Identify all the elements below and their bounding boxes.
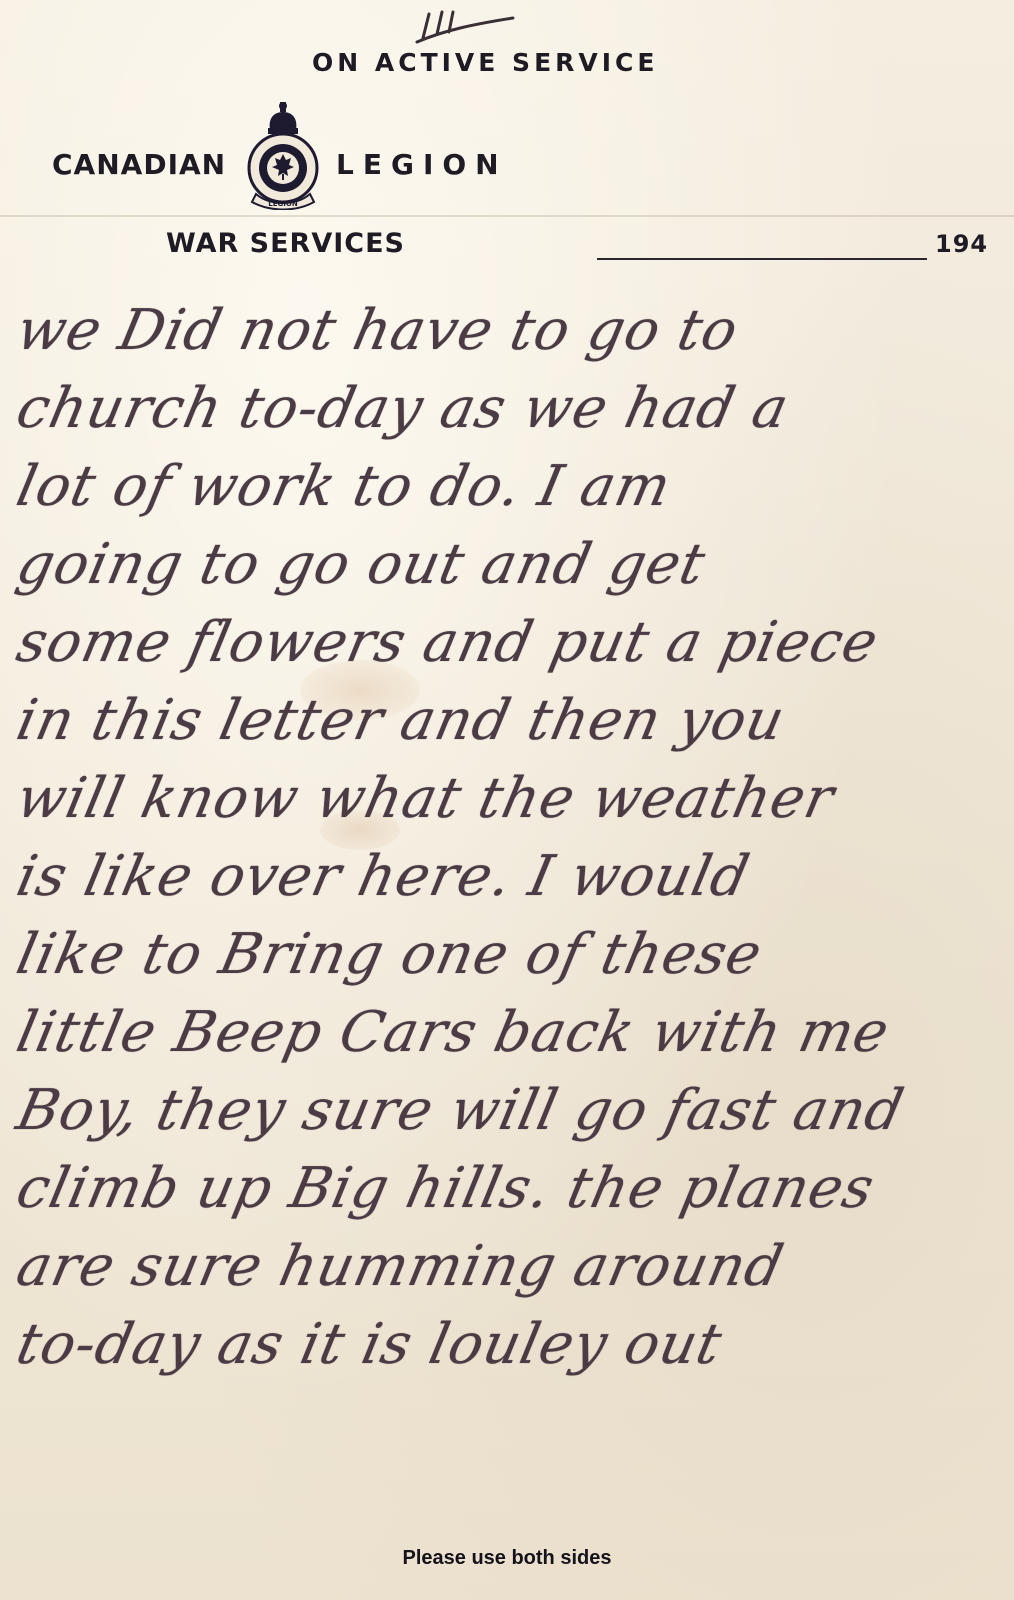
letter-line: are sure humming around <box>10 1228 1014 1306</box>
letter-line: we Did not have to go to <box>10 292 1014 370</box>
letter-line: Boy, they sure will go fast and <box>10 1072 1014 1150</box>
date-year-prefix: 194 <box>935 230 988 258</box>
letter-line: some flowers and put a piece <box>10 604 1014 682</box>
org-name-legion: LEGION <box>336 148 508 181</box>
letter-line: lot of work to do. I am <box>10 448 1014 526</box>
letter-line: church to-day as we had a <box>10 370 1014 448</box>
letter-line: climb up Big hills. the planes <box>10 1150 1014 1228</box>
letter-line: in this letter and then you <box>10 682 1014 760</box>
letter-line: is like over here. I would <box>10 838 1014 916</box>
letter-line: to-day as it is louley out <box>10 1306 1014 1384</box>
handwritten-letter-body: we Did not have to go to church to-day a… <box>18 292 1008 1384</box>
fold-crease <box>0 215 1014 217</box>
org-name-canadian: CANADIAN <box>52 148 226 181</box>
war-services-heading: WAR SERVICES <box>166 228 405 259</box>
legion-crest-icon: LEGION <box>240 98 326 210</box>
footer-note: Please use both sides <box>0 1547 1014 1570</box>
letter-line: like to Bring one of these <box>10 916 1014 994</box>
on-active-service-heading: ON ACTIVE SERVICE <box>312 48 658 77</box>
letter-line: will know what the weather <box>10 760 1014 838</box>
letter-line: going to go out and get <box>10 526 1014 604</box>
letter-line: little Beep Cars back with me <box>10 994 1014 1072</box>
date-blank-line <box>597 258 927 260</box>
svg-text:LEGION: LEGION <box>268 200 298 208</box>
tally-mark-icon <box>405 6 515 46</box>
